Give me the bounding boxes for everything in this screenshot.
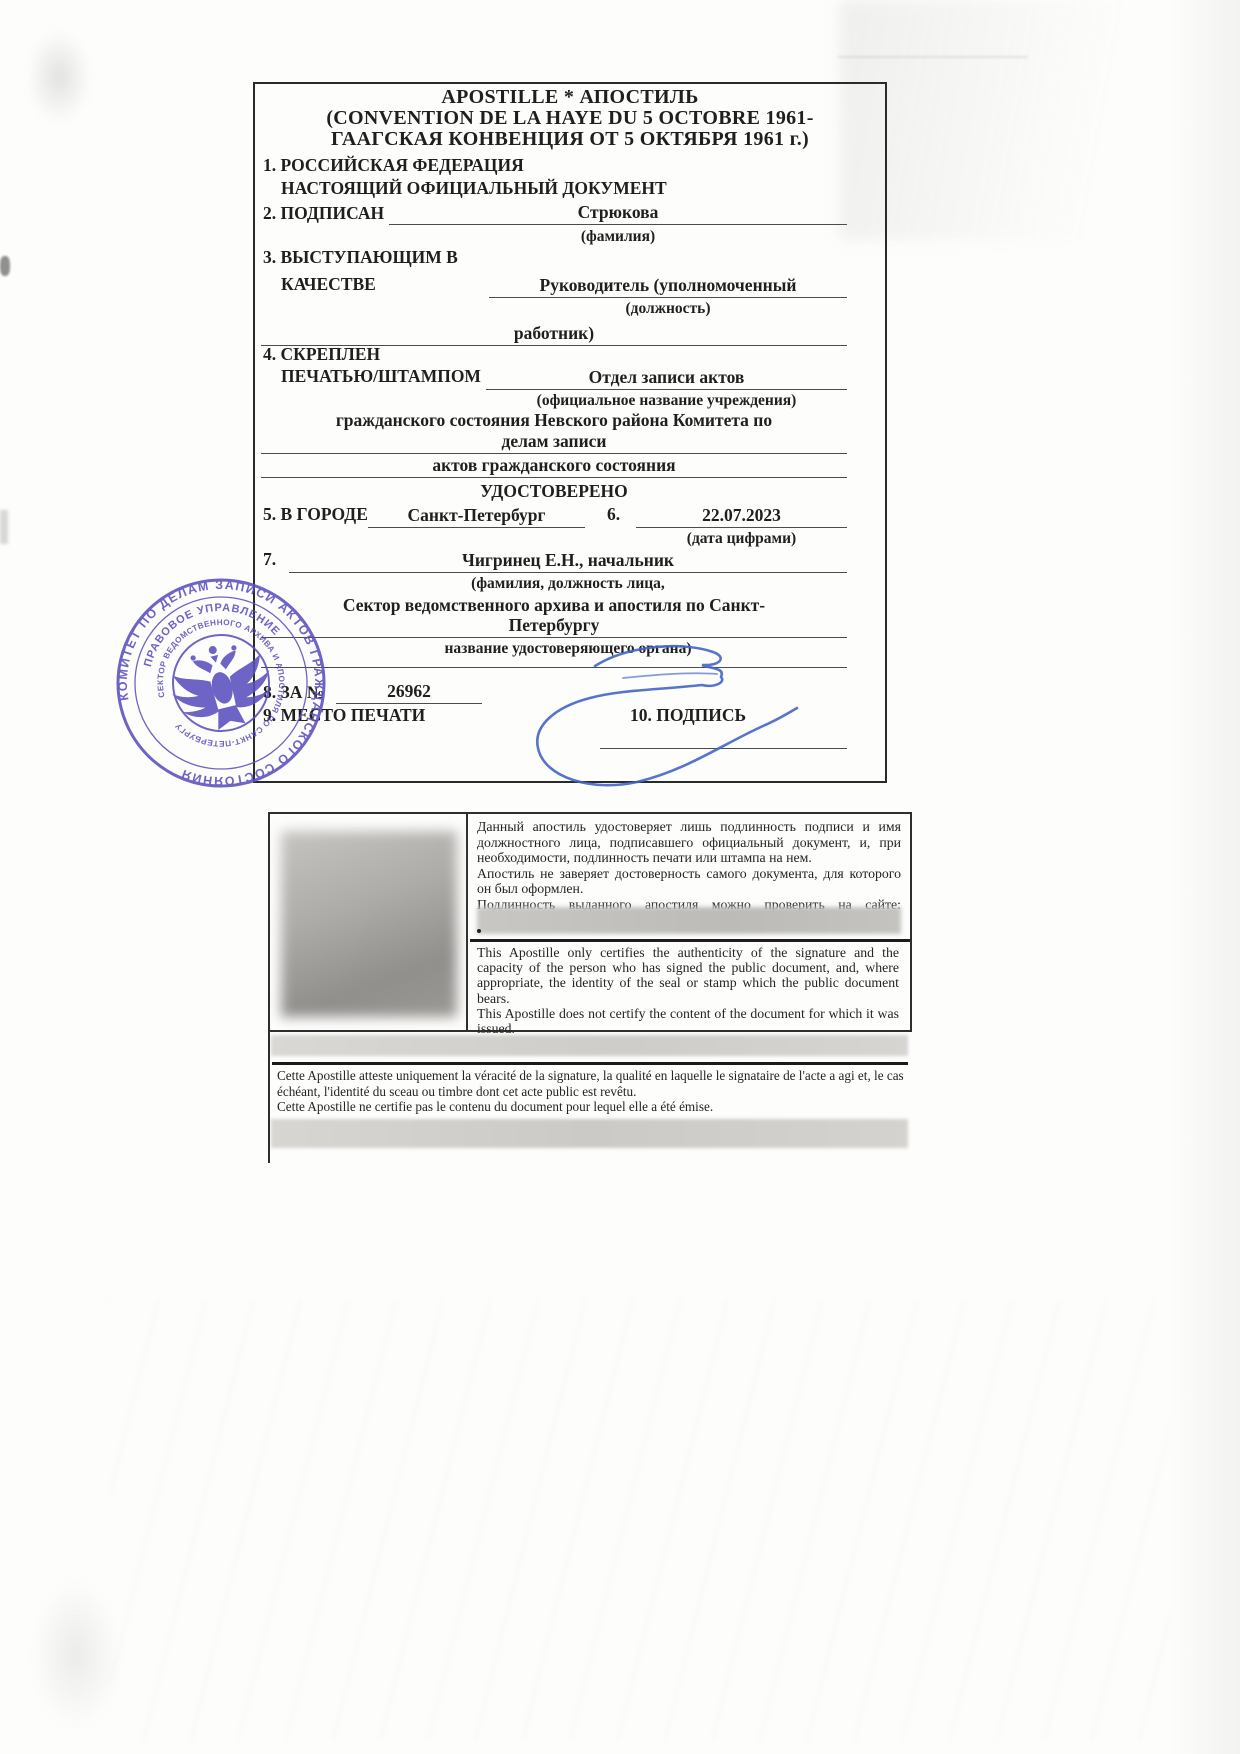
redacted-bar-below-french (271, 1119, 908, 1148)
scanned-apostille-page: APOSTILLE * АПОСТИЛЬ (CONVENTION DE LA H… (0, 0, 1240, 1754)
field-2-label: 2. ПОДПИСАН (263, 203, 384, 224)
russian-disclaimer-p2: Апостиль не заверяет достоверность самог… (477, 866, 901, 897)
french-disclaimer-p2: Cette Apostille ne certifie pas le conte… (277, 1099, 907, 1115)
certified-note: УДОСТОВЕРЕНО (261, 481, 847, 502)
field-8-value-number: 26962 (336, 678, 482, 704)
field-7-value-official: Чигринец Е.Н., начальник (289, 547, 847, 573)
field-6-caption: (дата цифрами) (636, 530, 847, 548)
field-4-label-line2: ПЕЧАТЬЮ/ШТАМПОМ (281, 366, 481, 387)
field-4-label-line1: 4. СКРЕПЛЕН (263, 344, 380, 365)
scan-speck-left-2 (0, 510, 8, 544)
scan-band-right (1168, 0, 1240, 1754)
russian-disclaimer: Данный апостиль удостоверяет лишь подлин… (477, 819, 901, 913)
scan-smudge-top-right (840, 0, 1240, 240)
convention-title-ru: ГААГСКАЯ КОНВЕНЦИЯ ОТ 5 ОКТЯБРЯ 1961 г.) (253, 128, 887, 151)
field-1-country: 1. РОССИЙСКАЯ ФЕДЕРАЦИЯ (263, 155, 524, 176)
scan-line-top (838, 56, 1028, 58)
field-7-value-authority-cont: Петербургу (261, 612, 847, 638)
period-mark (477, 929, 481, 933)
russian-disclaimer-p1: Данный апостиль удостоверяет лишь подлин… (477, 819, 901, 866)
redacted-verification-url (477, 907, 901, 934)
french-section-top-line (272, 1062, 908, 1065)
field-3-value-capacity: Руководитель (уполномоченный (489, 272, 847, 298)
scan-streaks-bottom (110, 1300, 1170, 1740)
scan-speck-left (0, 256, 10, 276)
section-divider-line (470, 939, 910, 942)
field-3-value-capacity-cont: работник) (261, 320, 847, 346)
field-4-caption: (официальное название учреждения) (486, 392, 847, 410)
french-disclaimer: Cette Apostille atteste uniquement la vé… (277, 1068, 907, 1115)
scan-smudge-bottom-left (16, 1556, 136, 1754)
left-border-extension (268, 1032, 270, 1163)
field-6-label: 6. (607, 504, 620, 525)
field-6-value-date: 22.07.2023 (636, 502, 847, 528)
redacted-qr-code (281, 831, 457, 1017)
english-disclaimer-p1: This Apostille only certifies the authen… (477, 945, 899, 1006)
redacted-bar-above-french (271, 1035, 908, 1056)
scan-smudge-top-left (14, 12, 104, 142)
field-5-label: 5. В ГОРОДЕ (263, 504, 368, 525)
field-4-value-seal: Отдел записи актов (486, 364, 847, 390)
field-1-text: НАСТОЯЩИЙ ОФИЦИАЛЬНЫЙ ДОКУМЕНТ (281, 178, 667, 199)
english-disclaimer: This Apostille only certifies the authen… (477, 945, 899, 1036)
field-3-label-line1: 3. ВЫСТУПАЮЩИМ В (263, 247, 458, 268)
field-4-value-seal-cont2: делам записи (261, 428, 847, 454)
field-2-value-signed-by: Стрюкова (389, 199, 847, 225)
apostille-title: APOSTILLE * АПОСТИЛЬ (253, 86, 887, 109)
field-4-value-seal-cont3: актов гражданского состояния (261, 452, 847, 478)
field-5-value-city: Санкт-Петербург (368, 502, 585, 528)
french-disclaimer-p1: Cette Apostille atteste uniquement la vé… (277, 1068, 907, 1099)
english-disclaimer-p2: This Apostille does not certify the cont… (477, 1006, 899, 1036)
field-3-caption: (должность) (489, 300, 847, 318)
field-3-label-line2: КАЧЕСТВЕ (281, 274, 376, 295)
convention-title-fr: (CONVENTION DE LA HAYE DU 5 OCTOBRE 1961… (253, 107, 887, 130)
info-box-divider (466, 812, 468, 1032)
handwritten-signature (495, 638, 805, 813)
field-7-caption-line1: (фамилия, должность лица, (289, 575, 847, 593)
field-2-caption: (фамилия) (389, 228, 847, 246)
